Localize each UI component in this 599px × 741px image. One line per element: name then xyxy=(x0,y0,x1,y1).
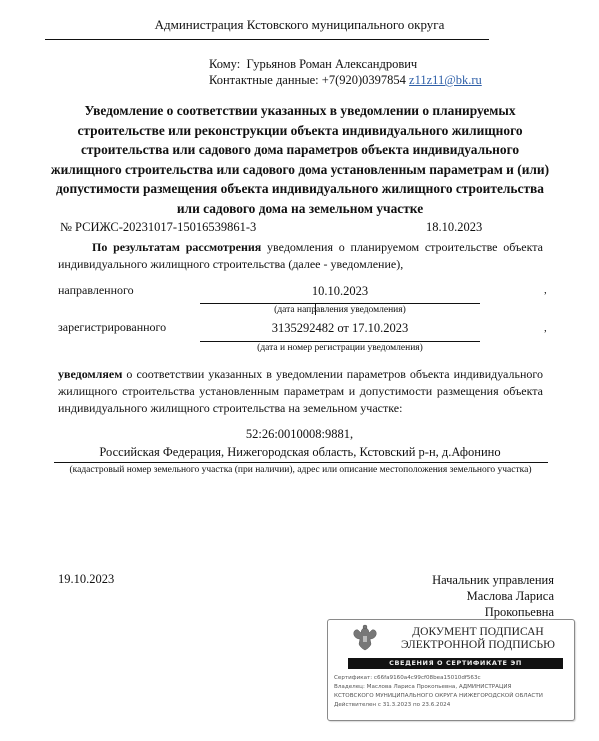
coat-of-arms-icon xyxy=(350,624,380,652)
contact-label: Контактные данные: xyxy=(209,73,319,87)
recipient-to-line: Кому: Гурьянов Роман Александрович xyxy=(209,56,482,72)
land-rule xyxy=(54,462,548,463)
signature-block: Начальник управления Маслова Лариса Прок… xyxy=(432,572,554,620)
intro-bold: По результатам рассмотрения xyxy=(92,240,261,254)
stamp-certificate: Сертификат: c66fa9160a4c99cf08bea15010df… xyxy=(334,674,572,683)
recipient-contact-line: Контактные данные: +7(920)0397854 z11z11… xyxy=(209,72,482,88)
signer-name-line1: Маслова Лариса xyxy=(432,588,554,604)
signer-name-line2: Прокопьевна xyxy=(432,604,554,620)
field-label-registered: зарегистрированного xyxy=(58,320,166,335)
recipient-phone: +7(920)0397854 xyxy=(322,73,406,87)
signature-date: 19.10.2023 xyxy=(58,572,114,587)
field-caption-sent: (дата направления уведомления) xyxy=(200,305,480,315)
to-label: Кому: xyxy=(209,57,240,71)
notice-text: о соответствии указанных в уведомлении п… xyxy=(58,367,543,415)
land-address: Российская Федерация, Нижегородская обла… xyxy=(40,445,560,460)
stamp-certificate-bar: СВЕДЕНИЯ О СЕРТИФИКАТЕ ЭП xyxy=(348,658,563,669)
stamp-owner-cont: КСТОВСКОГО МУНИЦИПАЛЬНОГО ОКРУГА НИЖЕГОР… xyxy=(334,692,572,701)
e-signature-stamp: ДОКУМЕНТ ПОДПИСАН ЭЛЕКТРОННОЙ ПОДПИСЬЮ С… xyxy=(327,619,575,721)
field-label-sent: направленного xyxy=(58,283,134,298)
recipient-block: Кому: Гурьянов Роман Александрович Конта… xyxy=(209,56,482,88)
stamp-title-line1: ДОКУМЕНТ ПОДПИСАН xyxy=(383,626,573,639)
notice-bold: уведомляем xyxy=(58,367,122,381)
document-title: Уведомление о соответствии указанных в у… xyxy=(50,101,550,218)
organization-header: Администрация Кстовского муниципального … xyxy=(0,17,599,33)
signer-position: Начальник управления xyxy=(432,572,554,588)
stamp-details: Сертификат: c66fa9160a4c99cf08bea15010df… xyxy=(334,674,572,710)
recipient-name: Гурьянов Роман Александрович xyxy=(246,57,417,71)
intro-paragraph: По результатам рассмотрения уведомления … xyxy=(58,239,543,273)
stamp-validity: Действителен с 31.3.2023 по 23.6.2024 xyxy=(334,701,572,710)
notice-paragraph: уведомляем о соответствии указанных в ув… xyxy=(58,366,543,417)
text-cursor xyxy=(315,304,316,315)
land-caption: (кадастровый номер земельного участка (п… xyxy=(58,464,543,477)
document-date: 18.10.2023 xyxy=(426,220,482,235)
field-value-registration: 3135292482 от 17.10.2023 xyxy=(200,321,480,336)
field-trail-sent: , xyxy=(544,284,547,296)
document-number: № РСИЖС-20231017-15016539861-3 xyxy=(60,220,256,235)
field-trail-registered: , xyxy=(544,322,547,334)
recipient-email-link[interactable]: z11z11@bk.ru xyxy=(409,73,482,87)
field-rule-sent xyxy=(200,303,480,304)
field-value-sent-date: 10.10.2023 xyxy=(200,284,480,299)
header-divider xyxy=(45,39,489,40)
stamp-title-line2: ЭЛЕКТРОННОЙ ПОДПИСЬЮ xyxy=(383,639,573,652)
field-caption-registered: (дата и номер регистрации уведомления) xyxy=(200,343,480,353)
stamp-title: ДОКУМЕНТ ПОДПИСАН ЭЛЕКТРОННОЙ ПОДПИСЬЮ xyxy=(383,626,573,652)
cadastral-number: 52:26:0010008:9881, xyxy=(0,427,599,442)
stamp-owner: Владелец: Маслова Лариса Прокопьевна, АД… xyxy=(334,683,572,692)
field-rule-registered xyxy=(200,341,480,342)
